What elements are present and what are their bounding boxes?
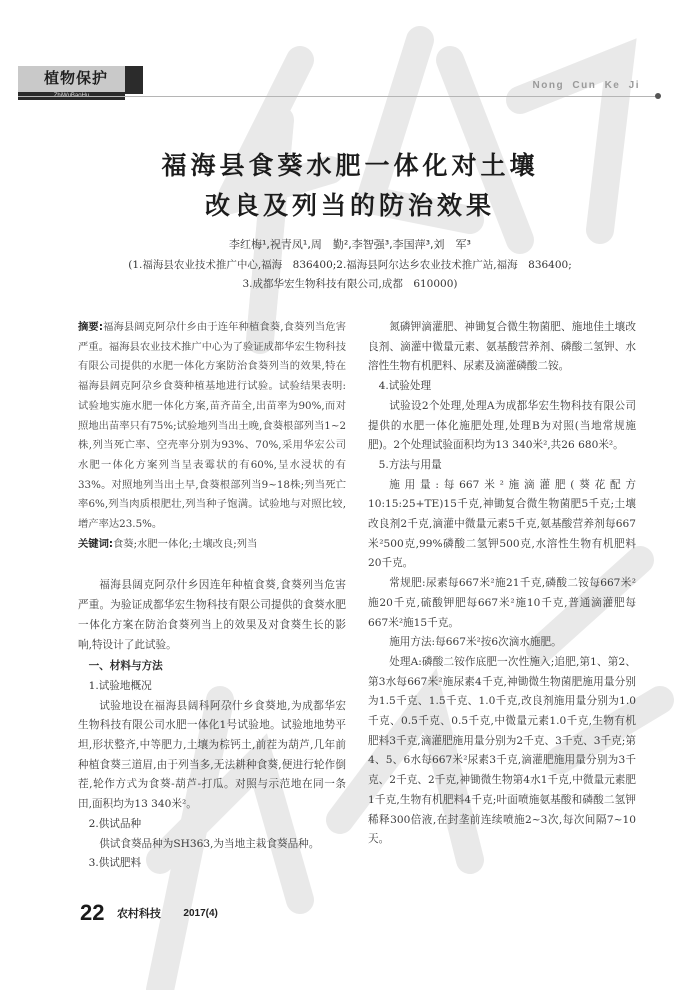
affiliation-line2: 3.成都华宏生物科技有限公司,成都 610000) bbox=[0, 276, 700, 291]
journal-name: 农村科技 bbox=[117, 907, 161, 920]
intro-paragraph: 福海县阔克阿尕什乡因连年种植食葵,食葵列当危害严重。为验证成都华宏生物科技有限公… bbox=[78, 576, 346, 655]
journal-pinyin: Nong Cun Ke Ji bbox=[533, 80, 640, 91]
usage-paragraph: 施用量:每667米²施滴灌肥(葵花配方10:15:25+TE)15千克,神锄复合… bbox=[368, 476, 636, 575]
variety-paragraph: 供试食葵品种为SH363,为当地主栽食葵品种。 bbox=[78, 835, 346, 855]
treatment-a-paragraph: 处理A:磷酸二铵作底肥一次性施入;追肥,第1、第2、第3水每667米²施尿素4千… bbox=[368, 653, 636, 850]
page-header: 植物保护 ZhiWuBaoHu Nong Cun Ke Ji bbox=[18, 66, 682, 106]
subheading-site: 1.试验地概况 bbox=[78, 677, 346, 697]
journal-issue: 2017(4) bbox=[183, 908, 217, 919]
affiliation-line1: (1.福海县农业技术推广中心,福海 836400;2.福海县阿尔达乡农业技术推广… bbox=[0, 257, 700, 272]
page-footer: 22 农村科技 2017(4) bbox=[80, 900, 218, 926]
abstract-text: 福海县阔克阿尕什乡由于连年种植食葵,食葵列当危害严重。福海县农业技术推广中心为了… bbox=[78, 321, 346, 530]
left-column: 摘要:福海县阔克阿尕什乡由于连年种植食葵,食葵列当危害严重。福海县农业技术推广中… bbox=[78, 318, 346, 874]
site-paragraph: 试验地设在福海县阔科阿尕什乡食葵地,为成都华宏生物科技有限公司水肥一体化1号试验… bbox=[78, 697, 346, 815]
bullet-dot-icon bbox=[655, 93, 661, 99]
subheading-treatment: 4.试验处理 bbox=[368, 377, 636, 397]
article-title-line2: 改良及列当的防治效果 bbox=[0, 186, 700, 222]
article-title-line1: 福海县食葵水肥一体化对土壤 bbox=[0, 146, 700, 182]
subheading-method: 5.方法与用量 bbox=[368, 456, 636, 476]
right-column: 氮磷钾滴灌肥、神锄复合微生物菌肥、施地佳土壤改良剂、滴灌中微量元素、氨基酸营养剂… bbox=[368, 318, 636, 850]
method-paragraph: 施用方法:每667米²按6次滴水施肥。 bbox=[368, 633, 636, 653]
section-name: 植物保护 bbox=[44, 67, 108, 88]
treatment-paragraph: 试验设2个处理,处理A为成都华宏生物科技有限公司提供的水肥一体化施肥处理,处理B… bbox=[368, 397, 636, 456]
keywords-text: 食葵;水肥一体化;土壤改良;列当 bbox=[113, 538, 257, 550]
section-tag: 植物保护 ZhiWuBaoHu bbox=[18, 66, 143, 94]
keywords-label: 关键词: bbox=[78, 538, 113, 550]
section-heading-materials: 一、材料与方法 bbox=[78, 657, 346, 677]
page-number: 22 bbox=[80, 900, 104, 925]
subheading-fertilizer: 3.供试肥料 bbox=[78, 854, 346, 874]
header-rule bbox=[18, 96, 658, 97]
abstract-label: 摘要: bbox=[78, 321, 103, 333]
conventional-paragraph: 常规肥:尿素每667米²施21千克,磷酸二铵每667米²施20千克,硫酸钾肥每6… bbox=[368, 574, 636, 633]
abstract: 摘要:福海县阔克阿尕什乡由于连年种植食葵,食葵列当危害严重。福海县农业技术推广中… bbox=[78, 318, 346, 554]
fertilizer-paragraph: 氮磷钾滴灌肥、神锄复合微生物菌肥、施地佳土壤改良剂、滴灌中微量元素、氨基酸营养剂… bbox=[368, 318, 636, 377]
subheading-variety: 2.供试品种 bbox=[78, 815, 346, 835]
author-list: 李红梅¹,祝青凤¹,周 勤²,李智强³,李国萍³,刘 军³ bbox=[0, 236, 700, 252]
